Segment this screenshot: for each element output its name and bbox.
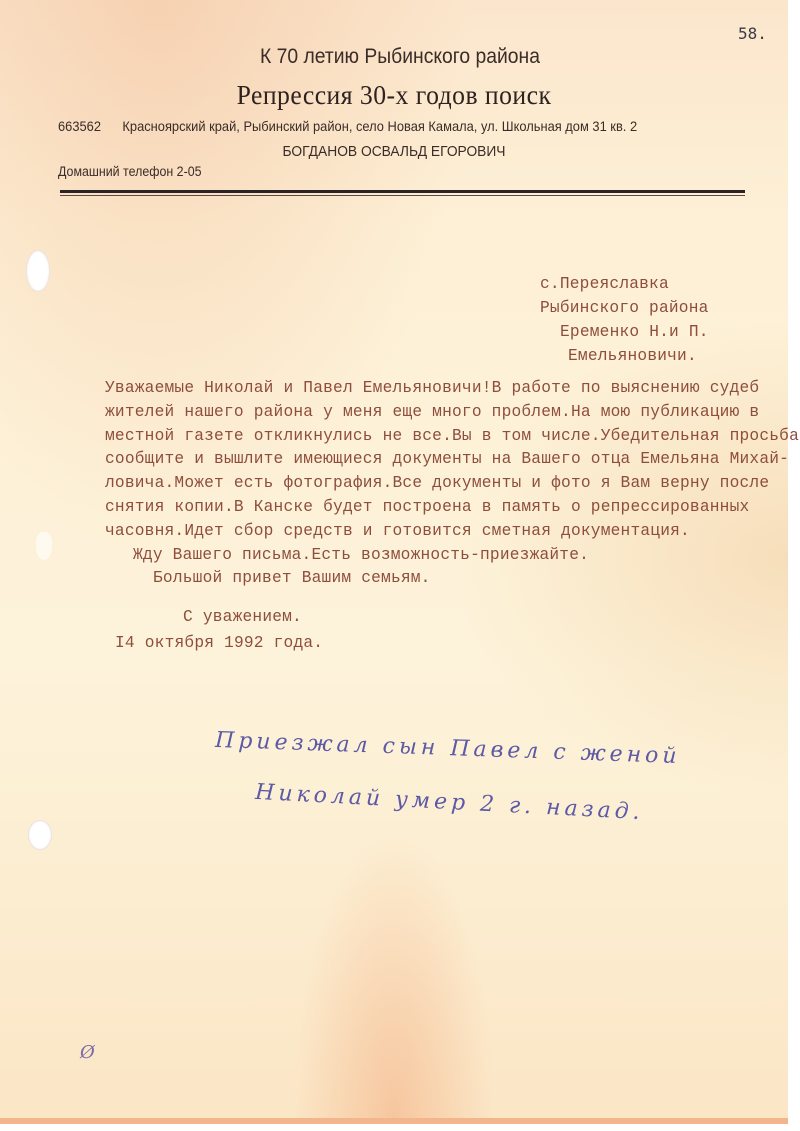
- paper-sheet: 58. К 70 летию Рыбинского района Репресс…: [0, 0, 788, 1124]
- address: Красноярский край, Рыбинский район, село…: [122, 118, 637, 134]
- letterhead-address-row: 663562Красноярский край, Рыбинский район…: [58, 118, 637, 134]
- letter-date: I4 октября 1992 года.: [115, 630, 323, 656]
- recipient-line: Емельяновичи.: [540, 344, 709, 368]
- recipient-block: с.Переяславка Рыбинского района Еременко…: [540, 272, 709, 368]
- body-line: часовня.Идет сбор средств и готовится см…: [105, 520, 799, 544]
- letterhead-divider-thick: [60, 190, 745, 193]
- recipient-line: Рыбинского района: [540, 296, 709, 320]
- body-line: Уважаемые Николай и Павел Емельяновичи!В…: [105, 377, 799, 401]
- recipient-line: с.Переяславка: [540, 272, 709, 296]
- handwritten-note-line: Николай умер 2 г. назад.: [255, 780, 645, 825]
- paper-tear: [36, 532, 52, 560]
- letter-body: Уважаемые Николай и Павел Емельяновичи!В…: [105, 377, 799, 591]
- body-line: жителей нашего района у меня еще много п…: [105, 401, 799, 425]
- body-line: ловича.Может есть фотография.Все докумен…: [105, 472, 799, 496]
- postal-code: 663562: [58, 118, 122, 134]
- home-phone: Домашний телефон 2-05: [58, 164, 202, 179]
- letterhead-title: Репрессия 30-х годов поиск: [20, 80, 769, 111]
- body-line: Большой привет Вашим семьям.: [105, 567, 799, 591]
- closing-regards: С уважением.: [115, 604, 323, 630]
- body-line: местной газете откликнулись не все.Вы в …: [105, 425, 799, 449]
- punch-hole: [28, 820, 52, 850]
- handwritten-margin-mark: Ø: [80, 1042, 95, 1063]
- owner-name: БОГДАНОВ ОСВАЛЬД ЕГОРОВИЧ: [32, 143, 757, 160]
- page-number: 58.: [738, 24, 767, 43]
- letterhead-subtitle: К 70 летию Рыбинского района: [32, 45, 768, 69]
- letterhead-divider-thin: [60, 195, 745, 196]
- recipient-line: Еременко Н.и П.: [540, 320, 709, 344]
- punch-hole: [26, 250, 50, 292]
- handwritten-note-line: Приезжал сын Павел с женой: [215, 728, 681, 769]
- body-line: снятия копии.В Канске будет построена в …: [105, 496, 799, 520]
- closing-block: С уважением. I4 октября 1992 года.: [115, 604, 323, 656]
- body-line: сообщите и вышлите имеющиеся документы н…: [105, 448, 799, 472]
- body-line: Жду Вашего письма.Есть возможность-приез…: [105, 544, 799, 568]
